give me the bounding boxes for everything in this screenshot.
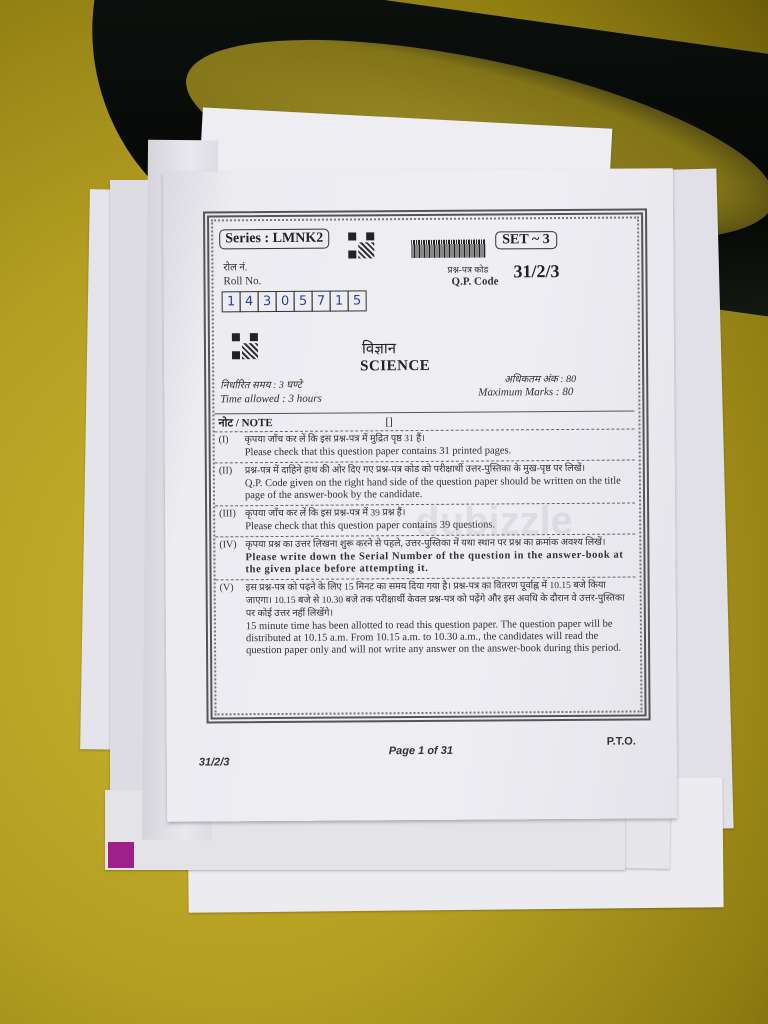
note-english: 15 minute time has been allotted to read… xyxy=(246,619,632,658)
max-marks: Maximum Marks : 80 xyxy=(478,386,573,399)
note-number: (I) xyxy=(215,434,245,459)
roll-digit: 1 xyxy=(222,291,241,312)
qp-code-label: Q.P. Code xyxy=(451,275,498,287)
page-number: Page 1 of 31 xyxy=(389,745,453,757)
qr-code-icon xyxy=(348,232,374,258)
time-allowed: Time allowed : 3 hours xyxy=(220,393,322,406)
roll-number-boxes: 1 4 3 0 5 7 1 5 xyxy=(222,290,366,312)
set-label: SET ~ 3 xyxy=(495,231,557,249)
qp-code: 31/2/3 xyxy=(513,261,559,282)
pink-cover-corner xyxy=(108,842,134,868)
roll-label-hindi: रोल नं. xyxy=(223,259,247,273)
note-item: (V) इस प्रश्न-पत्र को पढ़ने के लिए 15 मि… xyxy=(216,577,637,660)
note-number: (IV) xyxy=(215,539,245,576)
roll-label: Roll No. xyxy=(223,275,261,287)
time-allowed-hindi: निर्धारित समय : 3 घण्टे xyxy=(220,377,302,392)
notes-bracket: [] xyxy=(385,416,392,428)
footer-qp-code: 31/2/3 xyxy=(199,756,230,768)
note-hindi: इस प्रश्न-पत्र को पढ़ने के लिए 15 मिनट क… xyxy=(246,580,632,622)
qr-code-icon xyxy=(232,333,258,359)
barcode-icon xyxy=(411,240,485,259)
note-number: (V) xyxy=(216,582,247,657)
note-english: Q.P. Code given on the right hand side o… xyxy=(245,476,631,503)
note-english: Please check that this question paper co… xyxy=(245,445,631,460)
note-item: (I) कृपया जाँच कर लें कि इस प्रश्न-पत्र … xyxy=(215,430,635,464)
note-number: (II) xyxy=(215,465,245,502)
note-number: (III) xyxy=(215,508,245,533)
subject-title: SCIENCE xyxy=(360,358,430,375)
roll-digit: 5 xyxy=(294,291,313,312)
max-marks-hindi: अधिकतम अंक : 80 xyxy=(504,371,576,386)
watermark: dubizzle xyxy=(415,499,573,545)
subject-title-hindi: विज्ञान xyxy=(362,338,396,358)
roll-digit: 7 xyxy=(312,291,331,312)
roll-digit: 5 xyxy=(348,290,367,311)
roll-digit: 1 xyxy=(330,290,349,311)
roll-digit: 0 xyxy=(276,291,295,312)
series-label: Series : LMNK2 xyxy=(219,229,329,250)
note-english: Please write down the Serial Number of t… xyxy=(245,550,631,577)
notes-heading-text: नोट / NOTE xyxy=(218,417,272,429)
roll-digit: 3 xyxy=(258,291,277,312)
roll-digit: 4 xyxy=(240,291,259,312)
question-paper-cover: Series : LMNK2 SET ~ 3 रोल नं. Roll No. … xyxy=(163,168,678,822)
qp-code-label-hindi: प्रश्न-पत्र कोड xyxy=(447,263,488,276)
pto-label: P.T.O. xyxy=(607,735,636,747)
